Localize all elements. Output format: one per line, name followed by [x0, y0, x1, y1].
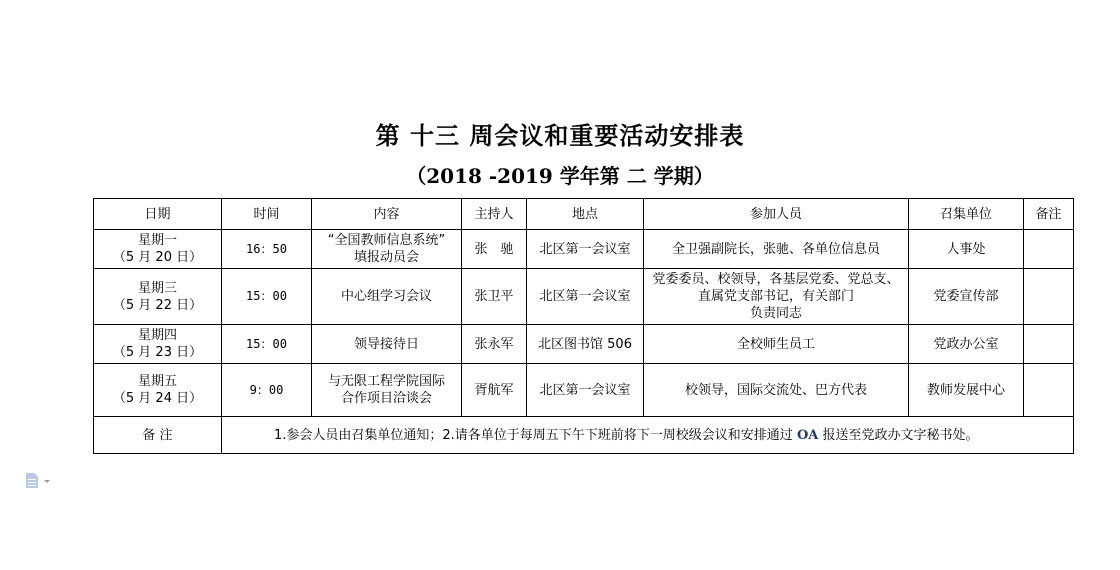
participants-cell: 全卫强副院长，张驰、各单位信息员	[644, 230, 909, 269]
table-row: 星期四 （5 月 23 日） 15：00 领导接待日 张永军 北区图书馆 506…	[94, 325, 1074, 364]
participants-cell: 全校师生员工	[644, 325, 909, 364]
date-label: （5 月 23 日）	[96, 344, 219, 361]
header-organizer: 召集单位	[909, 199, 1024, 230]
participants-cell: 校领导，国际交流处、巴方代表	[644, 364, 909, 417]
day-label: 星期一	[96, 232, 219, 249]
notes-text: 1.参会人员由召集单位通知；2.请各单位于每周五下午下班前将下一周校级会议和安排…	[222, 417, 1074, 454]
header-location: 地点	[527, 199, 644, 230]
date-label: （5 月 22 日）	[96, 297, 219, 314]
participants-line: 全卫强副院长，张驰、各单位信息员	[646, 241, 906, 258]
remarks-cell	[1024, 364, 1074, 417]
date-cell: 星期三 （5 月 22 日）	[94, 269, 222, 325]
host-cell: 张 驰	[462, 230, 527, 269]
organizer-cell: 教师发展中心	[909, 364, 1024, 417]
content-cell: 领导接待日	[312, 325, 462, 364]
participants-line: 负责同志	[646, 305, 906, 322]
time-cell: 15：00	[222, 325, 312, 364]
day-label: 星期三	[96, 280, 219, 297]
caret-down-icon	[44, 480, 50, 483]
host-cell: 胥航军	[462, 364, 527, 417]
day-label: 星期四	[96, 327, 219, 344]
date-label: （5 月 24 日）	[96, 390, 219, 407]
page-title: 第 十三 周会议和重要活动安排表	[0, 116, 1120, 151]
remarks-cell	[1024, 230, 1074, 269]
remarks-cell	[1024, 269, 1074, 325]
day-label: 星期五	[96, 373, 219, 390]
table-row: 星期一 （5 月 20 日） 16：50 “全国教师信息系统” 填报动员会 张 …	[94, 230, 1074, 269]
organizer-cell: 人事处	[909, 230, 1024, 269]
content-line: 填报动员会	[314, 249, 459, 266]
table-header-row: 日期 时间 内容 主持人 地点 参加人员 召集单位 备注	[94, 199, 1074, 230]
participants-line: 直属党支部书记，有关部门	[646, 288, 906, 305]
time-cell: 15：00	[222, 269, 312, 325]
participants-line: 全校师生员工	[646, 336, 906, 353]
header-remarks: 备注	[1024, 199, 1074, 230]
organizer-cell: 党政办公室	[909, 325, 1024, 364]
content-line: 合作项目洽谈会	[314, 390, 459, 407]
participants-cell: 党委委员、校领导，各基层党委、党总支、 直属党支部书记，有关部门 负责同志	[644, 269, 909, 325]
content-line: “全国教师信息系统”	[314, 232, 459, 249]
date-cell: 星期一 （5 月 20 日）	[94, 230, 222, 269]
date-cell: 星期五 （5 月 24 日）	[94, 364, 222, 417]
remarks-cell	[1024, 325, 1074, 364]
document-icon	[26, 473, 38, 488]
header-host: 主持人	[462, 199, 527, 230]
table-row: 星期五 （5 月 24 日） 9：00 与无限工程学院国际 合作项目洽谈会 胥航…	[94, 364, 1074, 417]
date-cell: 星期四 （5 月 23 日）	[94, 325, 222, 364]
notes-label: 备 注	[94, 417, 222, 454]
header-content: 内容	[312, 199, 462, 230]
notes-text-part1: 1.参会人员由召集单位通知；2.请各单位于每周五下午下班前将下一周校级会议和安排…	[274, 428, 797, 443]
location-cell: 北区第一会议室	[527, 230, 644, 269]
content-cell: “全国教师信息系统” 填报动员会	[312, 230, 462, 269]
content-line: 中心组学习会议	[314, 288, 459, 305]
content-cell: 与无限工程学院国际 合作项目洽谈会	[312, 364, 462, 417]
participants-line: 党委委员、校领导，各基层党委、党总支、	[646, 271, 906, 288]
header-time: 时间	[222, 199, 312, 230]
time-cell: 9：00	[222, 364, 312, 417]
host-cell: 张永军	[462, 325, 527, 364]
page-subtitle: （2018 -2019 学年第 二 学期）	[0, 160, 1120, 189]
schedule-table: 日期 时间 内容 主持人 地点 参加人员 召集单位 备注 星期一 （5 月 20…	[93, 198, 1074, 454]
table-row: 星期三 （5 月 22 日） 15：00 中心组学习会议 张卫平 北区第一会议室…	[94, 269, 1074, 325]
date-label: （5 月 20 日）	[96, 249, 219, 266]
location-cell: 北区图书馆 506	[527, 325, 644, 364]
location-cell: 北区第一会议室	[527, 364, 644, 417]
content-line: 与无限工程学院国际	[314, 373, 459, 390]
content-cell: 中心组学习会议	[312, 269, 462, 325]
participants-line: 校领导，国际交流处、巴方代表	[646, 382, 906, 399]
content-line: 领导接待日	[314, 336, 459, 353]
host-cell: 张卫平	[462, 269, 527, 325]
organizer-cell: 党委宣传部	[909, 269, 1024, 325]
header-date: 日期	[94, 199, 222, 230]
paste-options-button[interactable]	[26, 473, 50, 488]
notes-oa: OA	[797, 428, 818, 443]
time-cell: 16：50	[222, 230, 312, 269]
notes-text-part2: 报送至党政办文字秘书处。	[818, 428, 978, 443]
location-cell: 北区第一会议室	[527, 269, 644, 325]
notes-row: 备 注 1.参会人员由召集单位通知；2.请各单位于每周五下午下班前将下一周校级会…	[94, 417, 1074, 454]
header-participants: 参加人员	[644, 199, 909, 230]
document-page: 第 十三 周会议和重要活动安排表 （2018 -2019 学年第 二 学期） 日…	[0, 0, 1120, 570]
